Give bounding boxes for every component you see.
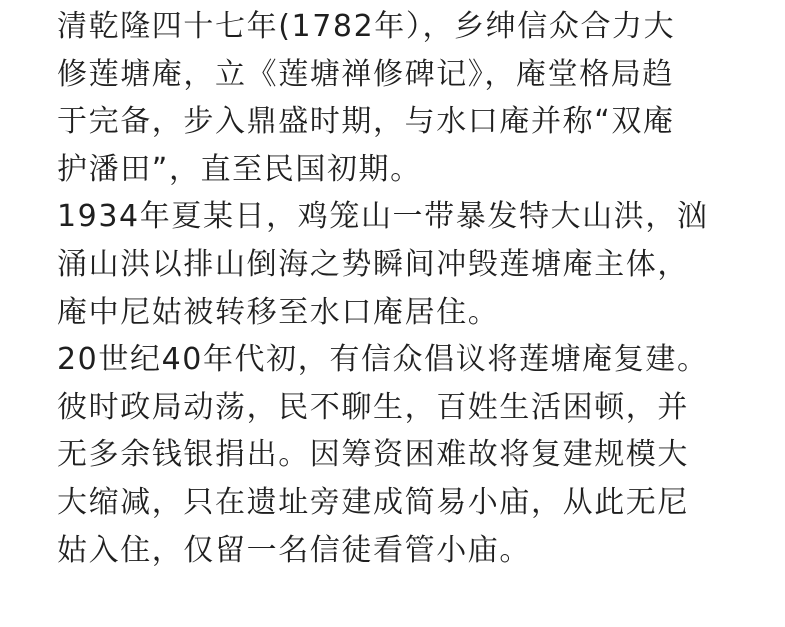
- article-body: 清乾隆四十七年(1782年），乡绅信众合力大 修莲塘庵，立《莲塘禅修碑记》，庵堂…: [57, 3, 717, 574]
- text-line: 护潘田”，直至民国初期。: [57, 146, 717, 194]
- paragraph-qianlong-restoration: 清乾隆四十七年(1782年），乡绅信众合力大 修莲塘庵，立《莲塘禅修碑记》，庵堂…: [57, 3, 717, 193]
- text-line: 修莲塘庵，立《莲塘禅修碑记》，庵堂格局趋: [57, 51, 717, 99]
- text-line: 涌山洪以排山倒海之势瞬间冲毁莲塘庵主体，: [57, 241, 717, 289]
- text-line: 无多余钱银捐出。因筹资困难故将复建规模大: [57, 431, 717, 479]
- text-line: 姑入住，仅留一名信徒看管小庙。: [57, 527, 717, 575]
- text-line: 彼时政局动荡，民不聊生，百姓生活困顿，并: [57, 384, 717, 432]
- text-line: 庵中尼姑被转移至水口庵居住。: [57, 289, 717, 337]
- text-line: 20世纪40年代初，有信众倡议将莲塘庵复建。: [57, 336, 717, 384]
- text-line: 于完备，步入鼎盛时期，与水口庵并称“双庵: [57, 98, 717, 146]
- text-line: 1934年夏某日，鸡笼山一带暴发特大山洪，汹: [57, 193, 717, 241]
- text-line: 大缩减，只在遗址旁建成简易小庙，从此无尼: [57, 479, 717, 527]
- text-line: 清乾隆四十七年(1782年），乡绅信众合力大: [57, 3, 717, 51]
- paragraph-1940s-rebuild: 20世纪40年代初，有信众倡议将莲塘庵复建。 彼时政局动荡，民不聊生，百姓生活困…: [57, 336, 717, 574]
- paragraph-1934-flood: 1934年夏某日，鸡笼山一带暴发特大山洪，汹 涌山洪以排山倒海之势瞬间冲毁莲塘庵…: [57, 193, 717, 336]
